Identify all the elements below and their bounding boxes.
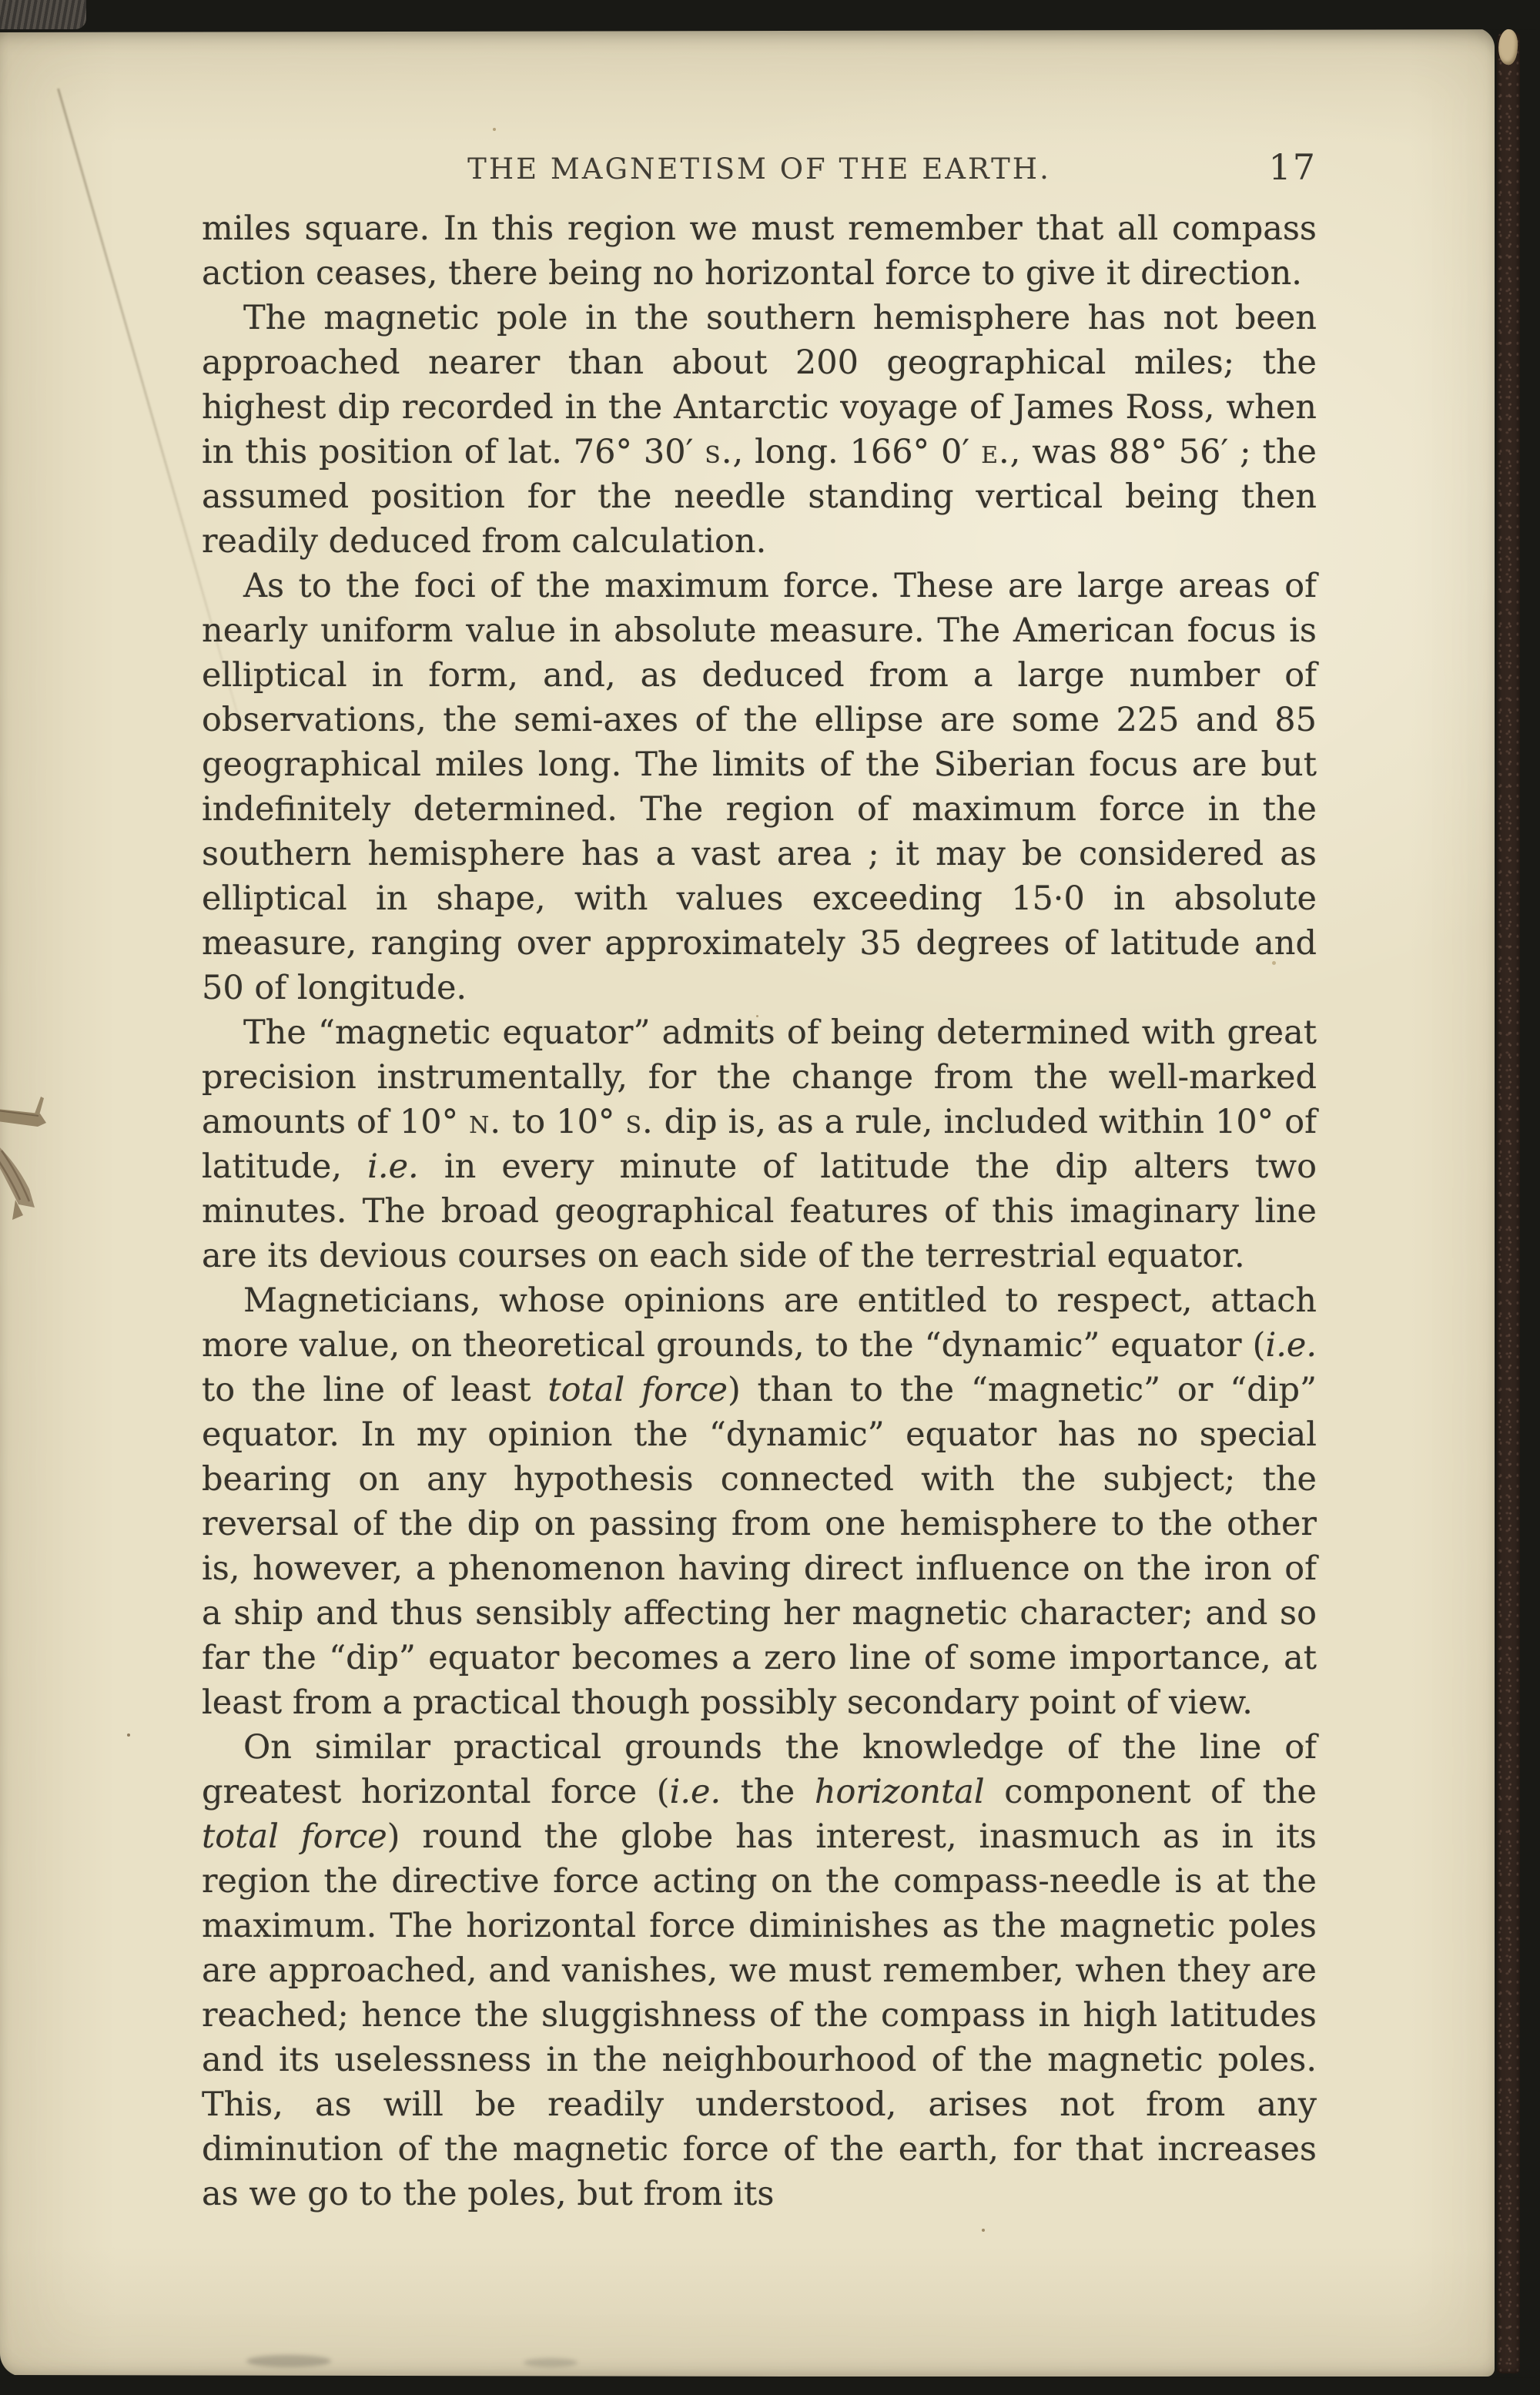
book-cover-edge-top-left xyxy=(0,0,86,29)
paragraph: miles square. In this region we must rem… xyxy=(202,206,1317,296)
small-caps-run: s. xyxy=(625,1103,653,1141)
paragraph: Magneticians, whose opinions are entitle… xyxy=(202,1278,1317,1725)
running-title: THE MAGNETISM OF THE EARTH. xyxy=(202,152,1317,186)
scan-backdrop: { "colors":{ "paper":"#e9e1c6", "ink":"#… xyxy=(0,0,1540,2395)
paper-speck xyxy=(982,2229,985,2232)
italic-run: total force xyxy=(202,1817,387,1856)
text-run: ) than to the “magnetic” or “dip” equato… xyxy=(202,1371,1317,1722)
italic-run: i.e. xyxy=(670,1773,721,1811)
text-run: to 10° xyxy=(501,1103,625,1141)
small-caps-run: e. xyxy=(981,433,1010,471)
paragraph: The magnetic pole in the southern hemisp… xyxy=(202,296,1317,564)
text-run: to the line of least xyxy=(202,1371,547,1409)
italic-run: i.e. xyxy=(367,1147,419,1186)
text-run: miles square. In this region we must rem… xyxy=(202,209,1317,293)
paper-speck xyxy=(493,128,496,131)
italic-run: i.e. xyxy=(1265,1326,1317,1365)
paragraph: On similar practical grounds the knowled… xyxy=(202,1725,1317,2216)
text-run: Magneticians, whose opinions are entitle… xyxy=(202,1281,1317,1365)
text-run: component of the xyxy=(985,1773,1317,1811)
book-page: THE MAGNETISM OF THE EARTH. 17 miles squ… xyxy=(0,28,1495,2377)
text-run: As to the foci of the maximum force. The… xyxy=(202,567,1317,1007)
pressed-plant-fragment xyxy=(0,1084,59,1227)
paragraph: As to the foci of the maximum force. The… xyxy=(202,564,1317,1010)
small-caps-run: n. xyxy=(469,1103,501,1141)
text-run: ) round the globe has interest, inasmuch… xyxy=(202,1817,1317,2213)
edge-smudge xyxy=(246,2355,331,2367)
italic-run: total force xyxy=(547,1371,728,1409)
text-run: the xyxy=(721,1773,815,1811)
page-number: 17 xyxy=(1268,146,1317,188)
paragraph: The “magnetic equator” admits of being d… xyxy=(202,1010,1317,1278)
italic-run: horizontal xyxy=(815,1773,985,1811)
small-caps-run: s. xyxy=(705,433,732,471)
paper-speck xyxy=(127,1733,130,1737)
text-run: , long. 166° 0′ xyxy=(733,433,982,471)
backdrop-top-band xyxy=(0,0,1540,34)
page-text: miles square. In this region we must rem… xyxy=(202,206,1317,2216)
book-cover-edge-right xyxy=(1497,32,1520,2373)
page-header: THE MAGNETISM OF THE EARTH. 17 xyxy=(202,152,1317,186)
edge-smudge xyxy=(524,2358,577,2367)
